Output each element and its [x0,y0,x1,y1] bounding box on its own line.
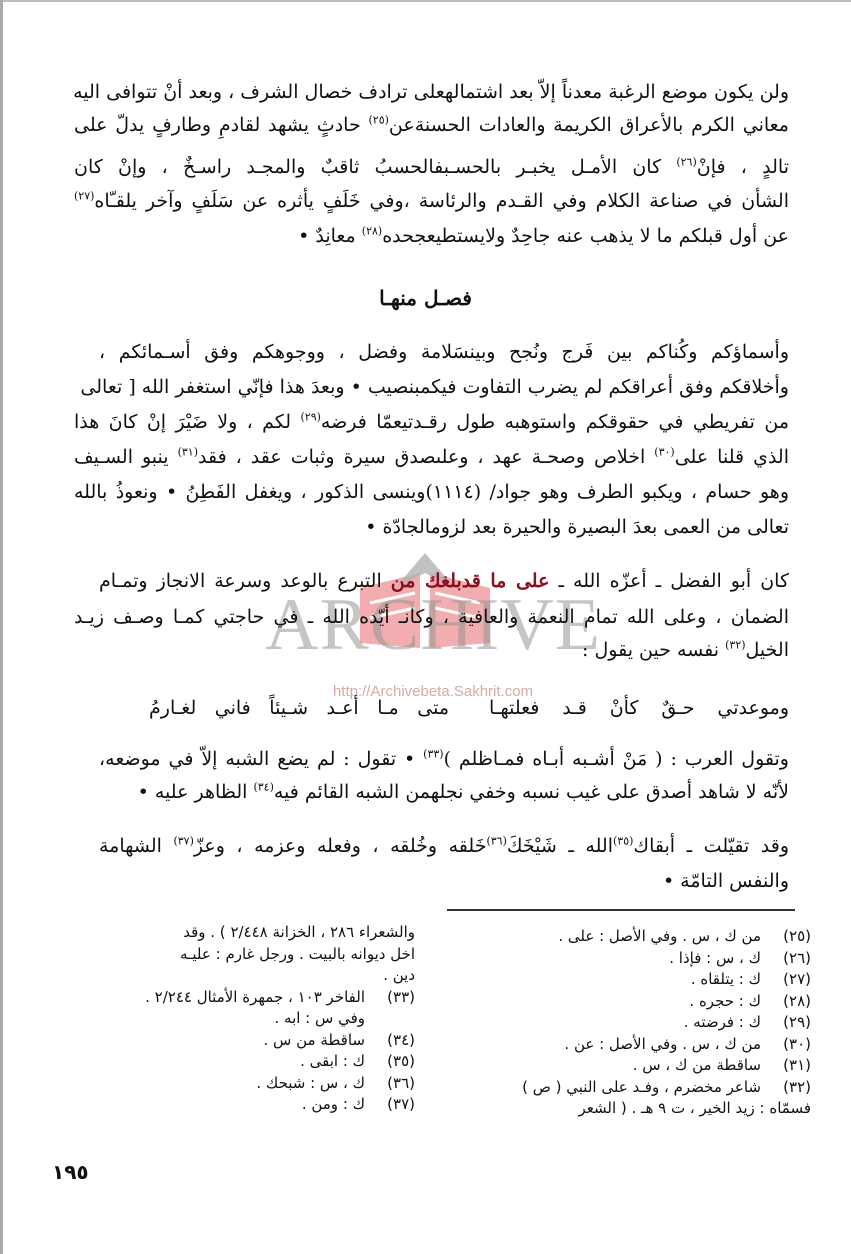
document-page: ولن يكون موضع الرغبة معدناً إلاّ بعد اشت… [0,0,851,1254]
text-span: لأنّه لا شاهد أصدق على غيب نسبه وخفي نجل… [274,781,789,803]
p4-line-2: لأنّه لا شاهد أصدق على غيب نسبه وخفي نجل… [74,778,789,806]
p1-line-3: تالدٍ ، فإنْ(٢٦) كان الأمـل يخبـر بالحسـ… [74,153,789,181]
footnote-31: (٣١)ساقطة من ك ، س . [436,1055,811,1077]
footnote-ref-37[interactable]: (٣٧) [173,835,193,848]
footnote-text: ك : ومن . [20,1094,365,1116]
footnote-ref-34[interactable]: (٣٤) [253,781,273,794]
footnote-text: ك : ابقى . [20,1051,365,1073]
text-span: كان أبو الفضل ـ أعزّه الله ـ [549,570,789,592]
p5-line-1: وقد تقيّلت ـ أبقاك(٣٥)الله ـ شَيْخَكَ(٣٦… [99,832,789,860]
text-span: تالدٍ ، فإنْ [697,156,789,178]
p5-line-2: والنفس التامّة • [74,867,789,895]
footnote-number: (٢٨) [761,991,811,1013]
footnotes-right-column: (٢٥)من ك ، س . وفي الأصل : على . (٢٦)ك ،… [436,926,811,1120]
text-span: نفسه حين يقول : [582,639,725,661]
footnote-number: (٣٣) [365,987,415,1009]
p2-line-6: تعالى من العمى بعدَ البصيرة والحيرة بعد … [74,513,789,541]
footnote-30: (٣٠)من ك ، س . وفي الأصل : عن . [436,1034,811,1056]
footnote-text: ك ، س : شبحك . [20,1073,365,1095]
footnote-34: (٣٤)ساقطة من س . [20,1030,415,1052]
footnote-26: (٢٦)ك ، س : فإذا . [436,948,811,970]
footnote-ref-32[interactable]: (٣٢) [725,639,745,652]
footnote-37: (٣٧)ك : ومن . [20,1094,415,1116]
footnote-32-continued-3: اخل ديوانه بالبيت . ورجل غارم : عليـه [20,944,415,966]
footnote-number: (٣٧) [365,1094,415,1116]
text-span: وأخلاقكم وفق أعراقكم لم يضرب التفاوت فيك… [74,376,789,398]
footnote-text: شاعر مخضرم ، وفـد على النبي ( ص ) [436,1077,761,1099]
text-span: التبرع بالوعد وسرعة الانجاز وتمـام [99,570,391,592]
footnote-text: ساقطة من ك ، س . [436,1055,761,1077]
text-span: ينبو السـيف [74,446,178,468]
text-span: الضمان ، وعلى الله تمام النعمة والعافية … [74,606,789,628]
p2-line-1: وأسماؤكم وكُناكم بين فَرج ونُجح وبينسَلا… [99,338,789,366]
text-span: اخلاص وصحـة عهد ، وعلىصدق سيرة وثبات عقد… [198,446,654,468]
footnote-32-continued-2: والشعراء ٢٨٦ ، الخزانة ٢/٤٤٨ ) . وقد [20,922,415,944]
footnote-text: دين . [20,965,415,987]
footnote-ref-29[interactable]: (٢٩) [301,411,321,424]
text-span: الشهامة [99,835,173,857]
footnote-number: (٣٢) [761,1077,811,1099]
footnote-number: (٢٦) [761,948,811,970]
footnote-number: (٢٧) [761,969,811,991]
footnote-ref-31[interactable]: (٣١) [178,446,198,459]
footnote-number: (٣٥) [365,1051,415,1073]
footnote-text: من ك ، س . وفي الأصل : على . [436,926,761,948]
footnotes-left-column: والشعراء ٢٨٦ ، الخزانة ٢/٤٤٨ ) . وقد اخل… [20,922,415,1116]
p1-line-2: معاني الكرم بالأعراق الكريمة والعادات ال… [74,111,789,139]
text-span: من تفريطي في حقوقكم واستوهبه طول رقـدتيع… [321,411,789,433]
footnote-33-continued: وفي س : ابه . [20,1008,415,1030]
footnote-text: ك : فرضته . [436,1012,761,1034]
footnote-ref-30[interactable]: (٣٠) [654,446,674,459]
text-span: وقد تقيّلت ـ أبقاك [633,835,789,857]
text-span: وتقول العرب : ( مَنْ أشـبه أبـاه فمـاظلم… [444,748,789,770]
footnote-29: (٢٩)ك : فرضته . [436,1012,811,1034]
footnote-text: والشعراء ٢٨٦ ، الخزانة ٢/٤٤٨ ) . وقد [20,922,415,944]
footnote-35: (٣٥)ك : ابقى . [20,1051,415,1073]
p2-line-2: وأخلاقكم وفق أعراقكم لم يضرب التفاوت فيك… [74,373,789,401]
footnote-ref-33[interactable]: (٣٣) [423,748,443,761]
text-span: كان الأمـل يخبـر بالحسـبفالحسبُ ثاقبٌ وا… [74,156,676,178]
footnote-number: (٢٩) [761,1012,811,1034]
footnote-number: (٣٤) [365,1030,415,1052]
p2-line-5: وهو حسام ، ويكبو الطرف وهو جواد/ (١١١٤)و… [74,478,789,506]
footnote-32-continued-4: دين . [20,965,415,987]
p2-line-3: من تفريطي في حقوقكم واستوهبه طول رقـدتيع… [74,408,789,436]
text-span: عن أول قبلكم ما لا يذهب عنه جاحِدٌ ولايس… [382,225,789,247]
footnote-text: الفاخر ١٠٣ ، جمهرة الأمثال ٢/٢٤٤ . [20,987,365,1009]
p3-line-2: الضمان ، وعلى الله تمام النعمة والعافية … [74,603,789,631]
text-span: تعالى من العمى بعدَ البصيرة والحيرة بعد … [365,516,789,538]
footnote-number: (٣٦) [365,1073,415,1095]
footnote-text: فسمّاه : زيد الخير ، ت ٩ هـ . ( الشعر [436,1098,811,1120]
text-span: معانِدٌ • [298,225,362,247]
footnote-36: (٣٦)ك ، س : شبحك . [20,1073,415,1095]
page-number: ١٩٥ [52,1160,89,1184]
p2-line-4: الذي قلنا على(٣٠) اخلاص وصحـة عهد ، وعلى… [74,443,789,471]
footnote-32: (٣٢)شاعر مخضرم ، وفـد على النبي ( ص ) [436,1077,811,1099]
text-span: الظاهر عليه • [138,781,254,803]
footnote-ref-28[interactable]: (٢٨) [362,225,382,238]
footnote-number: (٢٥) [761,926,811,948]
text-span: وأسماؤكم وكُناكم بين فَرج ونُجح وبينسَلا… [99,341,789,363]
footnote-ref-26[interactable]: (٢٦) [676,156,696,169]
text-span: الذي قلنا على [675,446,789,468]
footnote-text: ك : حجره . [436,991,761,1013]
footnote-ref-35[interactable]: (٣٥) [613,835,633,848]
footnote-text: وفي س : ابه . [20,1008,415,1030]
verse-hemistich-first: وموعدتي حـقٌ كأنْ قـد فعلتهـا [489,694,789,722]
text-span: ولن يكون موضع الرغبة معدناً إلاّ بعد اشت… [74,81,789,103]
footnote-28: (٢٨)ك : حجره . [436,991,811,1013]
footnote-number: (٣١) [761,1055,811,1077]
footnote-ref-36[interactable]: (٣٦) [486,835,506,848]
highlighted-text-span: على ما قدبلغك من [391,570,550,592]
p3-line-1: كان أبو الفضل ـ أعزّه الله ـ على ما قدبل… [99,567,789,595]
footnote-text: ساقطة من س . [20,1030,365,1052]
text-span: لكم ، ولا ضَيْرَ إنْ كانَ هذا [74,411,301,433]
text-span: الشأن في صناعة الكلام وفي القـدم والرئاس… [94,190,789,212]
footnote-27: (٢٧)ك : يتلقاه . [436,969,811,991]
footnote-text: من ك ، س . وفي الأصل : عن . [436,1034,761,1056]
p1-line-1: ولن يكون موضع الرغبة معدناً إلاّ بعد اشت… [74,78,789,106]
text-span: وهو حسام ، ويكبو الطرف وهو جواد/ (١١١٤)و… [74,481,789,503]
poetry-verse: وموعدتي حـقٌ كأنْ قـد فعلتهـا متى مـا أع… [99,694,789,722]
text-span: خَلقه وخُلقه ، وفعله وعزمه ، وعزّ [194,835,487,857]
footnote-text: ك ، س : فإذا . [436,948,761,970]
footnote-25: (٢٥)من ك ، س . وفي الأصل : على . [436,926,811,948]
footnote-ref-25[interactable]: (٢٥) [368,114,388,127]
footnote-33: (٣٣)الفاخر ١٠٣ ، جمهرة الأمثال ٢/٢٤٤ . [20,987,415,1009]
p1-line-5: عن أول قبلكم ما لا يذهب عنه جاحِدٌ ولايس… [74,222,789,250]
footnote-text: اخل ديوانه بالبيت . ورجل غارم : عليـه [20,944,415,966]
text-span: معاني الكرم بالأعراق الكريمة والعادات ال… [389,114,789,136]
p4-line-1: وتقول العرب : ( مَنْ أشـبه أبـاه فمـاظلم… [99,745,789,773]
footnote-divider [447,909,795,911]
section-heading: فصـل منهـا [0,284,851,312]
footnote-number: (٣٠) [761,1034,811,1056]
text-span: والنفس التامّة • [663,870,789,892]
verse-hemistich-second: متى مـا أعـد شـيئاً فاني لغـارمُ [149,694,449,722]
p3-line-3: الخيل(٣٢) نفسه حين يقول : [74,636,789,664]
p1-line-4: الشأن في صناعة الكلام وفي القـدم والرئاس… [74,187,789,215]
text-span: الخيل [746,639,789,661]
text-span: الله ـ شَيْخَكَ [507,835,613,857]
text-span: • تقول : لم يضع الشبه إلاّ في موضعه، [99,748,423,770]
text-span: حادثٍ يشهد لقادمٍ وطارفٍ يدلّ على [74,114,368,136]
footnote-32-continued: فسمّاه : زيد الخير ، ت ٩ هـ . ( الشعر [436,1098,811,1120]
footnote-text: ك : يتلقاه . [436,969,761,991]
footnote-ref-27[interactable]: (٢٧) [74,190,94,203]
